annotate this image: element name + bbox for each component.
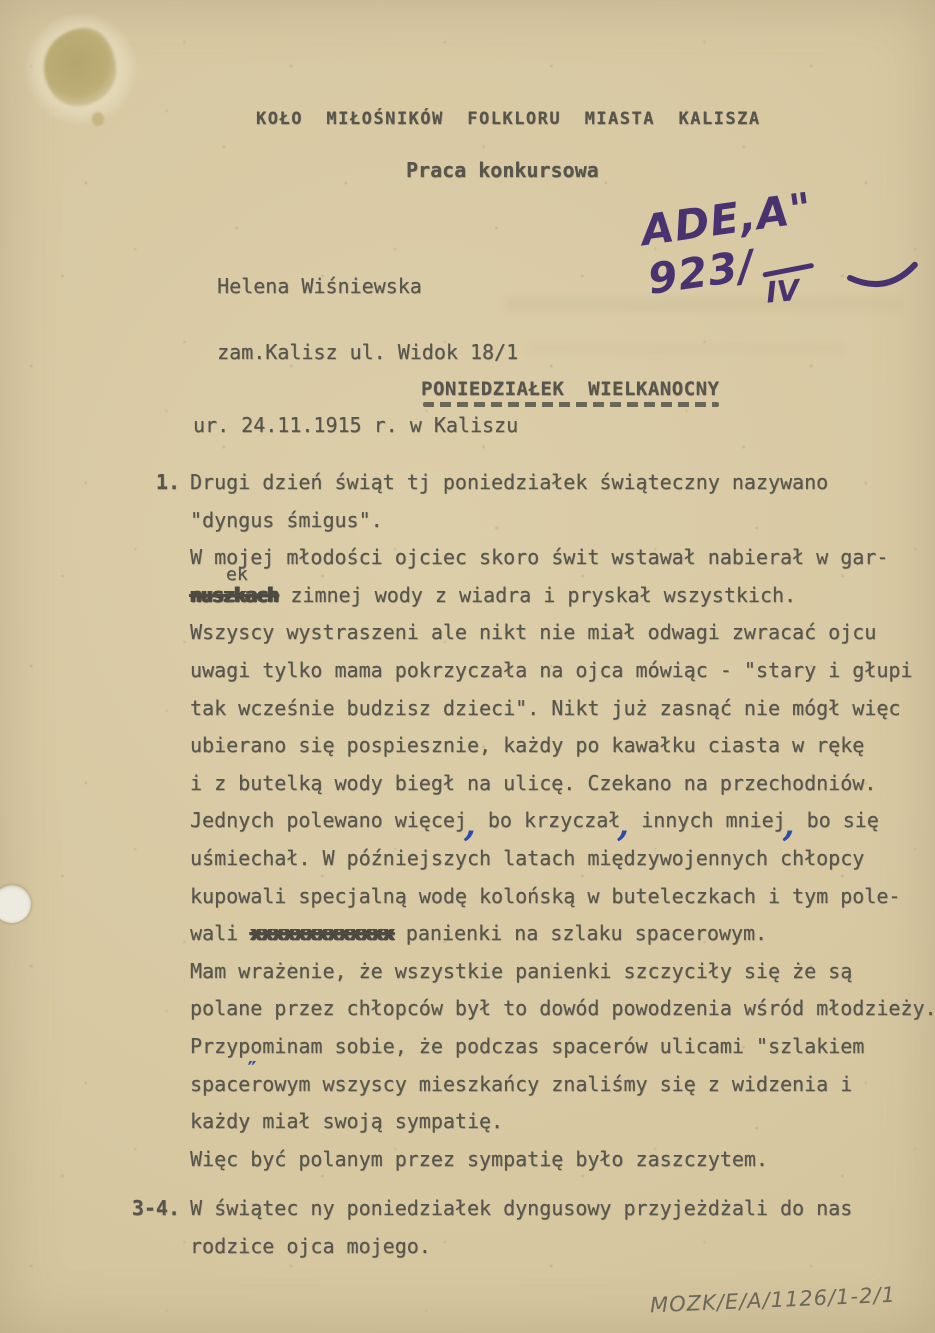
seg-text: zimnej wody z wiadra i pryskał wszystkic… (278, 583, 796, 607)
body-line: każdy miał swoją sympatię. (190, 1109, 935, 1147)
subtitle-praca-konkursowa: Praca konkursowa (406, 158, 599, 182)
paper-stain (44, 28, 116, 106)
body-line: eknuszkach zimnej wody z wiadra i pryska… (190, 583, 935, 621)
seg-text: panienki na szlaku spacerowym. (394, 921, 767, 945)
seg-text: tak wcześnie budzisz dzieci". Nikt już z… (190, 696, 900, 720)
seg-text: polane przez chłopców był to dowód powod… (190, 996, 935, 1020)
body-line: rodzice ojca mojego. (190, 1234, 935, 1272)
seg-text: Więc być polanym przez sympatię było zas… (190, 1147, 768, 1171)
body-line: W mojej młodości ojciec skoro świt wstaw… (190, 545, 935, 583)
list-marker: 1. (156, 470, 190, 494)
body-line: polane przez chłopców był to dowód powod… (190, 996, 935, 1034)
seg-blue: , (464, 805, 476, 845)
seg-text: "dyngus śmigus". (190, 508, 383, 532)
body-line: Jednych polewano więcej, bo krzyczał, in… (190, 808, 935, 846)
ink-bleedthrough (525, 344, 845, 354)
body-line: "dyngus śmigus". (190, 508, 935, 546)
seg-text: wali (190, 921, 250, 945)
seg-text: bo się (795, 808, 879, 832)
document-title: PONIEDZIAŁEK WIELKANOCNY (421, 378, 719, 400)
seg-text: W mojej młodości ojciec skoro świt wstaw… (190, 545, 888, 569)
seg-text: uwagi tylko mama pokrzyczała na ojca mów… (190, 658, 912, 682)
seg-text: innych mniej (629, 808, 786, 832)
body-line: uśmiechał. W późniejszych latach międzyw… (190, 846, 935, 884)
seg-text: W świątec ny poniedziałek dyngusowy przy… (190, 1196, 852, 1220)
seg-blue: , (617, 805, 629, 845)
author-birthdate: ur. 24.11.1915 r. w Kaliszu (193, 409, 518, 442)
body-line: wali xxxxxxxxxxxxx panienki na szlaku sp… (190, 921, 935, 959)
seg-text: uśmiechał. W późniejszych latach międzyw… (190, 846, 864, 870)
author-address: zam.Kalisz ul. Widok 18/1 (217, 340, 518, 364)
seg-text: każdy miał swoją sympatię. (190, 1109, 503, 1133)
author-block: Helena Wiśniewska zam.Kalisz ul. Widok 1… (193, 237, 518, 475)
body-line: Mam wrażenie, że wszystkie panienki szcz… (190, 959, 935, 997)
seg-blue: , (783, 805, 795, 845)
seg-text: Mam wrażenie, że wszystkie panienki szcz… (190, 959, 852, 983)
body-line: Wszyscy wystraszeni ale nikt nie miał od… (190, 620, 935, 658)
archive-mark-roman: IV (765, 273, 801, 310)
seg-text: Drugi dzień świąt tj poniedziałek świąte… (190, 470, 828, 494)
seg-text: Wszyscy wystraszeni ale nikt nie miał od… (190, 620, 876, 644)
seg-text: i z butelką wody biegł na ulicę. Czekano… (190, 771, 876, 795)
list-marker: 3-4. (132, 1196, 190, 1220)
body-line: tak wcześnie budzisz dzieci". Nikt już z… (190, 696, 935, 734)
body-line: kupowali specjalną wodę kolońską w butel… (190, 884, 935, 922)
author-name: Helena Wiśniewska (217, 274, 422, 298)
seg-strike: nuszkach (190, 583, 278, 607)
body-line: i z butelką wody biegł na ulicę. Czekano… (190, 771, 935, 809)
body-line: Przypominam sobie, że podczas spacerów u… (190, 1034, 935, 1072)
organization-header: KOŁO MIŁOŚNIKÓW FOLKLORU MIASTA KALISZA (256, 109, 761, 129)
archive-mark-fraction: IV (754, 265, 817, 310)
seg-sup: ek (226, 564, 248, 585)
seg-text: ubierano się pospiesznie, każdy po kawał… (190, 733, 864, 757)
paper-stain-dot (92, 112, 104, 126)
body-text: 1.Drugi dzień świąt tj poniedziałek świą… (190, 470, 935, 1271)
body-line: 1.Drugi dzień świąt tj poniedziałek świą… (190, 470, 935, 508)
body-line: 3-4.W świątec ny poniedziałek dyngusowy … (190, 1196, 935, 1234)
title-dashed-underline (423, 402, 719, 407)
body-line: Więc być polanym przez sympatię było zas… (190, 1147, 935, 1185)
seg-text: kupowali specjalną wodę kolońską w butel… (190, 884, 900, 908)
seg-text: spacerowym wszyscy mieszkańcy znaliśmy s… (190, 1072, 852, 1096)
seg-text: rodzice ojca mojego. (190, 1234, 431, 1258)
body-line: ″spacerowym wszyscy mieszkańcy znaliśmy … (190, 1072, 935, 1110)
seg-text: Przypominam sobie, że podczas spacerów u… (190, 1034, 864, 1058)
seg-text: Jednych polewano więcej (190, 808, 467, 832)
seg-bluequote: ″ (246, 1057, 256, 1081)
body-line: uwagi tylko mama pokrzyczała na ojca mów… (190, 658, 935, 696)
seg-strike: xxxxxxxxxxxxx (250, 921, 394, 945)
body-line: ubierano się pospiesznie, każdy po kawał… (190, 733, 935, 771)
seg-text: bo krzyczał (476, 808, 621, 832)
